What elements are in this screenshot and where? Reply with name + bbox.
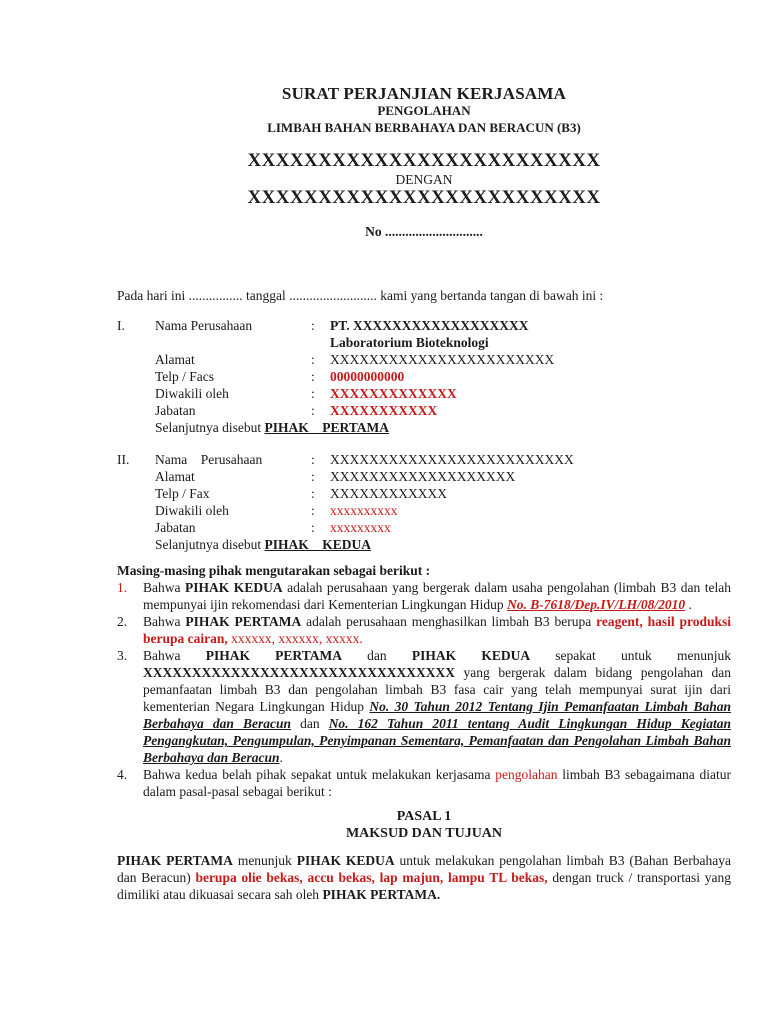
field-label: Nama Perusahaan (155, 317, 311, 334)
field-value: xxxxxxxxxx (330, 502, 731, 519)
party1-section: I. Nama Perusahaan : PT. XXXXXXXXXXXXXXX… (117, 317, 731, 436)
field-label: Jabatan (155, 519, 311, 536)
party2-row-alamat: Alamat : XXXXXXXXXXXXXXXXXXX (117, 468, 731, 485)
party2-row-nama: II. Nama Perusahaan : XXXXXXXXXXXXXXXXXX… (117, 451, 731, 468)
field-label: Diwakili oleh (155, 502, 311, 519)
intro-line: Pada hari ini ................ tanggal .… (117, 287, 731, 304)
document-header: SURAT PERJANJIAN KERJASAMA PENGOLAHAN LI… (117, 84, 731, 240)
recitals-heading: Masing-masing pihak mengutarakan sebagai… (117, 562, 731, 579)
field-colon (311, 334, 330, 351)
recital-text: Bahwa kedua belah pihak sepakat untuk me… (143, 766, 731, 800)
party1-designation: PIHAK PERTAMA (264, 420, 389, 435)
party2-row-jabatan: Jabatan : xxxxxxxxx (117, 519, 731, 536)
field-label: Telp / Fax (155, 485, 311, 502)
conjunction-label: DENGAN (117, 171, 731, 188)
field-colon: : (311, 368, 330, 385)
party1-row-nama: I. Nama Perusahaan : PT. XXXXXXXXXXXXXXX… (117, 317, 731, 334)
field-value: XXXXXXXXXXXXXXXXXXXXXXX (330, 351, 731, 368)
recital-text: Bahwa PIHAK PERTAMA dan PIHAK KEDUA sepa… (143, 647, 731, 766)
field-value: PT. XXXXXXXXXXXXXXXXXX (330, 317, 731, 334)
field-colon: : (311, 468, 330, 485)
recital-number: 4. (117, 766, 143, 800)
recital-item-2: 2. Bahwa PIHAK PERTAMA adalah perusahaan… (117, 613, 731, 647)
field-label: Alamat (155, 351, 311, 368)
party2-name-placeholder: XXXXXXXXXXXXXXXXXXXXXXXXX (117, 188, 731, 208)
field-value: XXXXXXXXXXXX (330, 485, 731, 502)
field-value: XXXXXXXXXXXXXXXXXXXXXXXXX (330, 451, 731, 468)
field-colon: : (311, 519, 330, 536)
party1-row-nama2: Laboratorium Bioteknologi (117, 334, 731, 351)
party1-name-placeholder: XXXXXXXXXXXXXXXXXXXXXXXXX (117, 151, 731, 171)
party1-numeral: I. (117, 317, 155, 334)
contract-number-line: No ............................. (117, 223, 731, 240)
recital-number: 2. (117, 613, 143, 647)
field-value: XXXXXXXXXXXXXXXXXXX (330, 468, 731, 485)
party2-designation: PIHAK KEDUA (264, 537, 371, 552)
party2-closing: Selanjutnya disebut PIHAK KEDUA (117, 536, 731, 553)
document-subtitle-2: LIMBAH BAHAN BERBAHAYA DAN BERACUN (B3) (117, 120, 731, 137)
field-value: Laboratorium Bioteknologi (330, 334, 731, 351)
party2-numeral: II. (117, 451, 155, 468)
party1-row-telp: Telp / Facs : 00000000000 (117, 368, 731, 385)
recital-item-4: 4. Bahwa kedua belah pihak sepakat untuk… (117, 766, 731, 800)
field-value: 00000000000 (330, 368, 731, 385)
field-value: xxxxxxxxx (330, 519, 731, 536)
field-label: Jabatan (155, 402, 311, 419)
field-label: Nama Perusahaan (155, 451, 311, 468)
field-colon: : (311, 317, 330, 334)
party1-closing-text: Selanjutnya disebut PIHAK PERTAMA (155, 419, 389, 436)
recital-text: Bahwa PIHAK KEDUA adalah perusahaan yang… (143, 579, 731, 613)
pasal-1-body: PIHAK PERTAMA menunjuk PIHAK KEDUA untuk… (117, 852, 731, 903)
field-value: XXXXXXXXXXX (330, 402, 731, 419)
pasal-1-title: PASAL 1 (117, 808, 731, 825)
field-label: Telp / Facs (155, 368, 311, 385)
field-value: XXXXXXXXXXXXX (330, 385, 731, 402)
document-subtitle-1: PENGOLAHAN (117, 103, 731, 120)
pasal-1-heading: PASAL 1 MAKSUD DAN TUJUAN (117, 808, 731, 842)
party1-row-diwakili: Diwakili oleh : XXXXXXXXXXXXX (117, 385, 731, 402)
recital-number: 3. (117, 647, 143, 766)
field-label: Alamat (155, 468, 311, 485)
document-title: SURAT PERJANJIAN KERJASAMA (117, 84, 731, 103)
field-colon: : (311, 351, 330, 368)
recital-item-3: 3. Bahwa PIHAK PERTAMA dan PIHAK KEDUA s… (117, 647, 731, 766)
party2-closing-text: Selanjutnya disebut PIHAK KEDUA (155, 536, 371, 553)
party1-closing: Selanjutnya disebut PIHAK PERTAMA (117, 419, 731, 436)
party2-row-diwakili: Diwakili oleh : xxxxxxxxxx (117, 502, 731, 519)
party1-row-jabatan: Jabatan : XXXXXXXXXXX (117, 402, 731, 419)
parties-name-block: XXXXXXXXXXXXXXXXXXXXXXXXX DENGAN XXXXXXX… (117, 151, 731, 208)
pasal-1-subtitle: MAKSUD DAN TUJUAN (117, 825, 731, 842)
recital-item-1: 1. Bahwa PIHAK KEDUA adalah perusahaan y… (117, 579, 731, 613)
field-label (155, 334, 311, 351)
field-colon: : (311, 502, 330, 519)
field-colon: : (311, 385, 330, 402)
document-page: SURAT PERJANJIAN KERJASAMA PENGOLAHAN LI… (0, 0, 768, 1024)
party2-row-telp: Telp / Fax : XXXXXXXXXXXX (117, 485, 731, 502)
recital-text: Bahwa PIHAK PERTAMA adalah perusahaan me… (143, 613, 731, 647)
recitals-section: Masing-masing pihak mengutarakan sebagai… (117, 562, 731, 800)
field-colon: : (311, 402, 330, 419)
recital-number: 1. (117, 579, 143, 613)
party1-row-alamat: Alamat : XXXXXXXXXXXXXXXXXXXXXXX (117, 351, 731, 368)
field-colon: : (311, 451, 330, 468)
field-colon: : (311, 485, 330, 502)
party2-section: II. Nama Perusahaan : XXXXXXXXXXXXXXXXXX… (117, 451, 731, 553)
field-label: Diwakili oleh (155, 385, 311, 402)
